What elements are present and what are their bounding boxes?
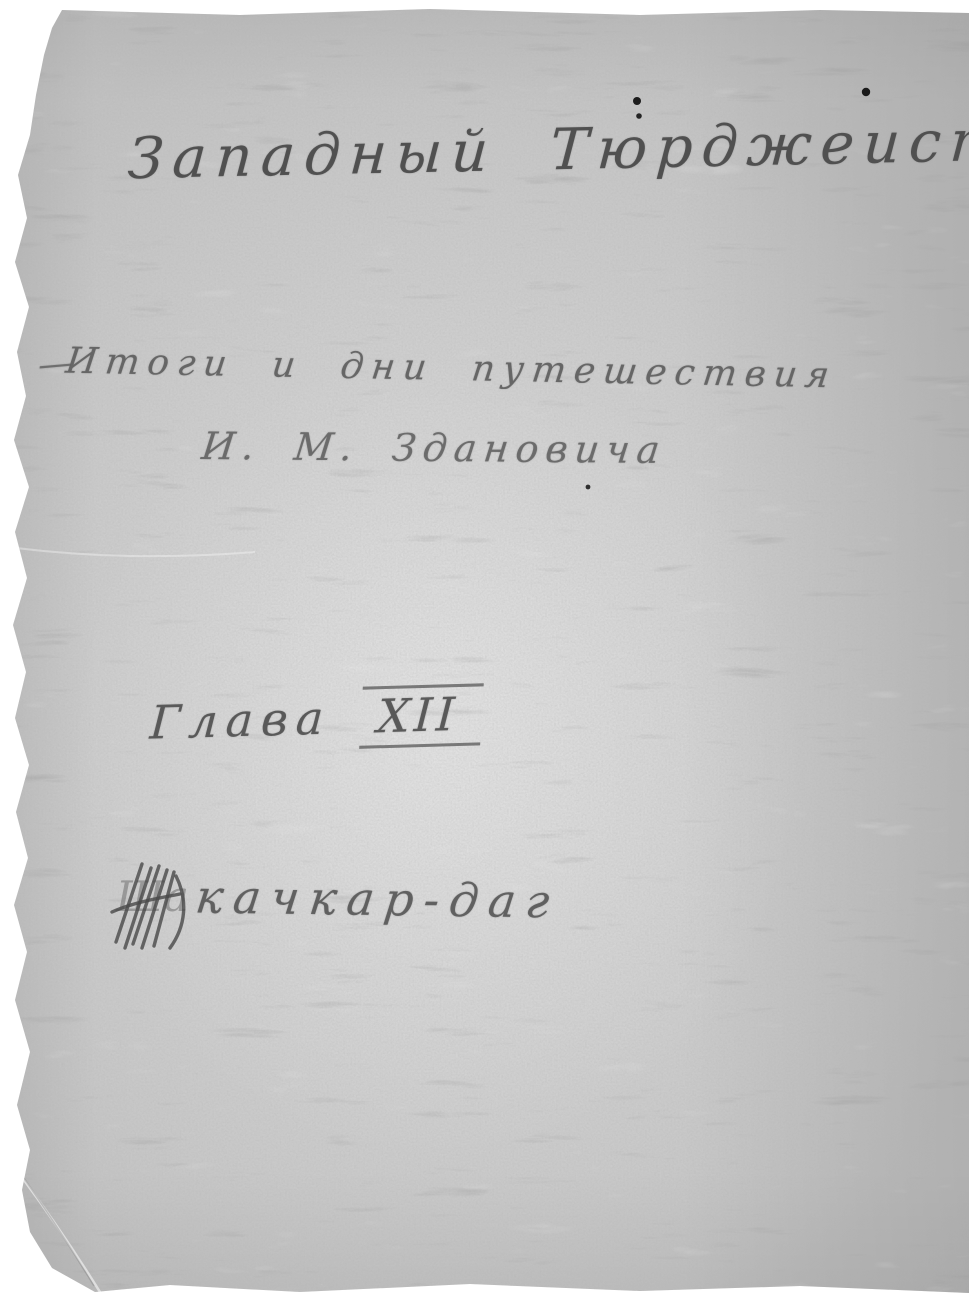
chapter-label: Глава bbox=[149, 691, 334, 750]
manuscript-scan: Западный Тюрджеистан — Итоги и дни путеш… bbox=[0, 0, 969, 1300]
speck-layer bbox=[0, 0, 969, 1300]
paper-sheet: Западный Тюрджеистан — Итоги и дни путеш… bbox=[0, 0, 969, 1300]
ink-speck bbox=[586, 485, 591, 490]
crossed-out-word: Ша bbox=[104, 854, 200, 958]
handwritten-section-title: качкар-даг bbox=[193, 870, 563, 929]
strikethrough-scribble-icon bbox=[104, 854, 200, 958]
chapter-number: XII bbox=[360, 683, 485, 749]
handwritten-chapter-line: ГлаваXII bbox=[148, 683, 484, 754]
paper-texture bbox=[0, 0, 969, 1300]
ink-speck bbox=[633, 97, 641, 105]
ink-speck bbox=[862, 88, 870, 96]
handwritten-author: И. М. Здановича bbox=[200, 424, 670, 472]
